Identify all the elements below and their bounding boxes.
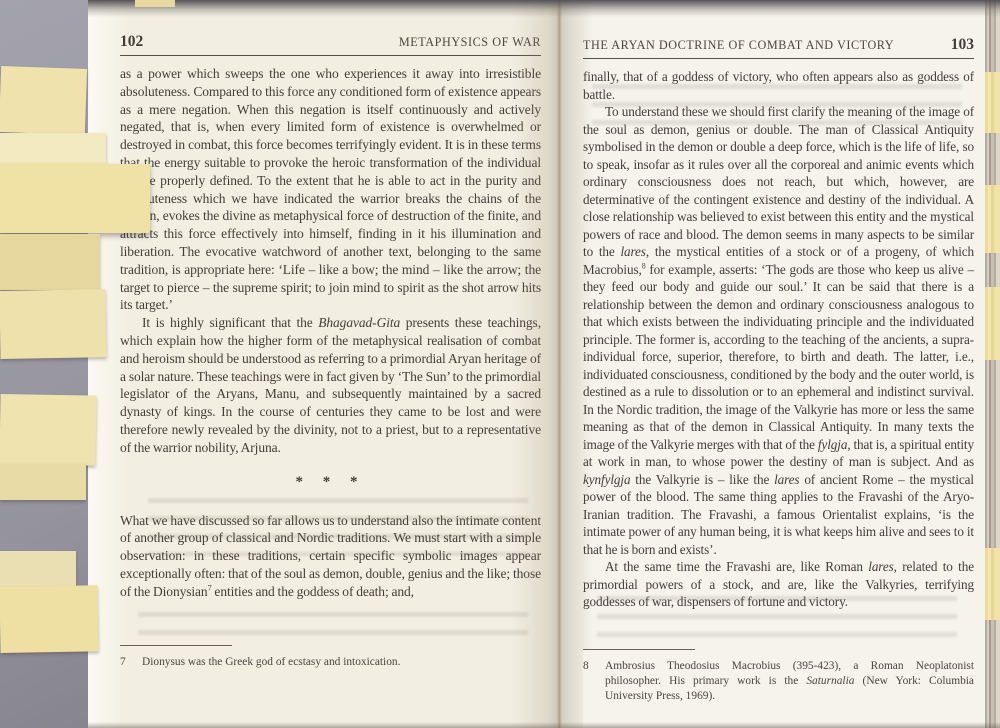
sticky-tab	[0, 551, 76, 587]
page-fore-edge	[985, 0, 1000, 728]
body-text-right: finally, that of a goddess of victory, w…	[583, 68, 974, 611]
footnote-7: 7 Dionysus was the Greek god of ecstasy …	[120, 655, 541, 670]
footnote-right: 8 Ambrosius Theodosius Macrobius (395-42…	[583, 649, 974, 728]
footnote-number: 8	[583, 659, 605, 703]
footnote-rule	[120, 645, 232, 646]
footnote-text: Ambrosius Theodosius Macrobius (395-423)…	[605, 659, 974, 703]
page-right-content: THE ARYAN DOCTRINE OF COMBAT AND VICTORY…	[583, 36, 974, 611]
page-right: THE ARYAN DOCTRINE OF COMBAT AND VICTORY…	[562, 0, 1000, 728]
body-text-left-top: as a power which sweeps the one who expe…	[120, 65, 541, 457]
sticky-tab-edge	[985, 185, 1000, 253]
running-header-right: THE ARYAN DOCTRINE OF COMBAT AND VICTORY…	[583, 36, 974, 59]
sticky-tab	[0, 394, 97, 466]
body-text-left-bottom: What we have discussed so far allows us …	[120, 512, 541, 601]
page-left-content: 102 METAPHYSICS OF WAR as a power which …	[120, 33, 541, 601]
sticky-tab	[0, 585, 99, 653]
page-number-left: 102	[120, 33, 143, 51]
paragraph: It is highly significant that the Bhagav…	[120, 314, 541, 456]
sticky-tab	[0, 133, 106, 164]
sticky-tab	[0, 234, 100, 290]
footnote-left: 7 Dionysus was the Greek god of ecstasy …	[120, 645, 541, 728]
book-scan-photo: 102 METAPHYSICS OF WAR as a power which …	[0, 0, 1000, 728]
running-title-left: METAPHYSICS OF WAR	[399, 35, 541, 50]
sticky-tab-edge	[985, 287, 1000, 360]
sticky-tab	[0, 464, 86, 500]
running-header-left: 102 METAPHYSICS OF WAR	[120, 33, 541, 56]
paragraph: as a power which sweeps the one who expe…	[120, 65, 541, 314]
sticky-tab	[135, 0, 175, 7]
paragraph: What we have discussed so far allows us …	[120, 512, 541, 601]
paragraph: At the same time the Fravashi are, like …	[583, 558, 974, 611]
footnote-number: 7	[120, 655, 142, 670]
sticky-tab	[0, 164, 150, 233]
footnote-8: 8 Ambrosius Theodosius Macrobius (395-42…	[583, 659, 974, 703]
sticky-tab	[0, 66, 87, 135]
sticky-tab	[0, 289, 107, 359]
page-left: 102 METAPHYSICS OF WAR as a power which …	[88, 0, 557, 728]
open-book: 102 METAPHYSICS OF WAR as a power which …	[88, 0, 1000, 728]
sticky-tab-edge	[985, 72, 1000, 133]
paragraph: To understand these we should first clar…	[583, 103, 974, 558]
footnote-text: Dionysus was the Greek god of ecstasy an…	[142, 655, 541, 670]
page-number-right: 103	[951, 36, 974, 54]
footnote-rule	[583, 649, 695, 650]
running-title-right: THE ARYAN DOCTRINE OF COMBAT AND VICTORY	[583, 38, 894, 53]
sticky-tab-edge	[985, 548, 1000, 620]
section-separator: * * *	[120, 474, 541, 491]
paragraph: finally, that of a goddess of victory, w…	[583, 68, 974, 103]
